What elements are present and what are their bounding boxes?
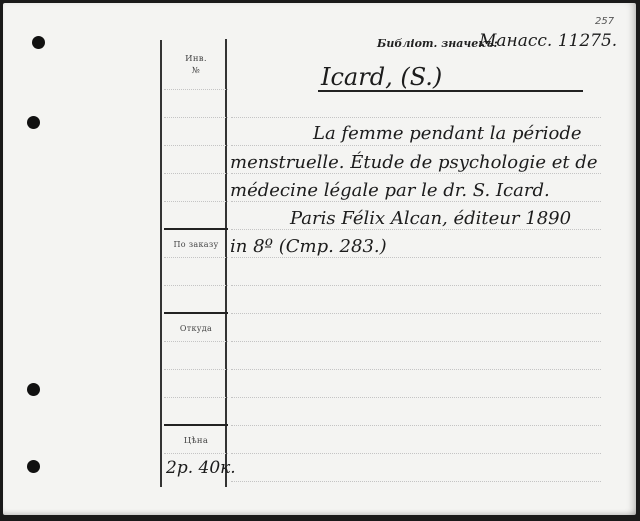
ruled-line — [231, 453, 601, 454]
column-rule — [164, 369, 228, 370]
punch-hole — [27, 383, 40, 396]
ruled-line — [231, 369, 601, 370]
imprint: Paris Félix Alcan, éditeur 1890 — [290, 208, 571, 229]
title-line-2: menstruelle. Étude de psychologie et de — [230, 152, 597, 173]
title-line-1: La femme pendant la période — [313, 123, 582, 144]
ruled-line — [231, 313, 601, 314]
title-line-3: médecine légale par le dr. S. Icard. — [230, 180, 550, 201]
column-rule — [164, 285, 228, 286]
section-divider — [164, 424, 228, 426]
ruled-line — [231, 257, 601, 258]
column-rule — [164, 145, 228, 146]
order-label: По заказу — [164, 240, 228, 249]
column-rule — [164, 201, 228, 202]
inventory-number-sign: № — [164, 66, 228, 76]
column-rule — [164, 453, 228, 454]
ruled-line — [231, 341, 601, 342]
ruled-line — [231, 425, 601, 426]
inventory-label: Инв. — [164, 54, 228, 64]
format-pages: in 8º (Стр. 283.) — [230, 236, 387, 257]
ruled-line — [231, 201, 601, 202]
ruled-line — [231, 397, 601, 398]
punch-hole — [32, 36, 45, 49]
column-rule — [164, 173, 228, 174]
price-label: Цѣна — [164, 436, 228, 446]
ruled-line — [231, 481, 601, 482]
ruled-line — [231, 173, 601, 174]
catalog-card: Инв. № По заказу Откуда Цѣна 2р. 40к. Би… — [3, 3, 636, 515]
ruled-line — [231, 229, 601, 230]
column-rule — [164, 257, 228, 258]
column-left-border — [160, 40, 162, 487]
column-right-border — [225, 39, 227, 487]
ruled-line — [231, 145, 601, 146]
author-heading: Icard, (S.) — [321, 63, 442, 91]
section-divider — [164, 312, 228, 314]
column-rule — [164, 117, 228, 118]
column-rule — [164, 89, 228, 90]
punch-hole — [27, 116, 40, 129]
library-mark-value: Манасс. 11275. — [479, 31, 617, 51]
author-underline — [318, 90, 583, 92]
source-label: Откуда — [164, 324, 228, 333]
section-divider — [164, 228, 228, 230]
ruled-line — [231, 285, 601, 286]
pencil-note: 257 — [595, 16, 614, 27]
column-rule — [164, 341, 228, 342]
punch-hole — [27, 460, 40, 473]
ruled-line — [231, 117, 601, 118]
column-rule — [164, 397, 228, 398]
price-value: 2р. 40к. — [166, 458, 236, 478]
